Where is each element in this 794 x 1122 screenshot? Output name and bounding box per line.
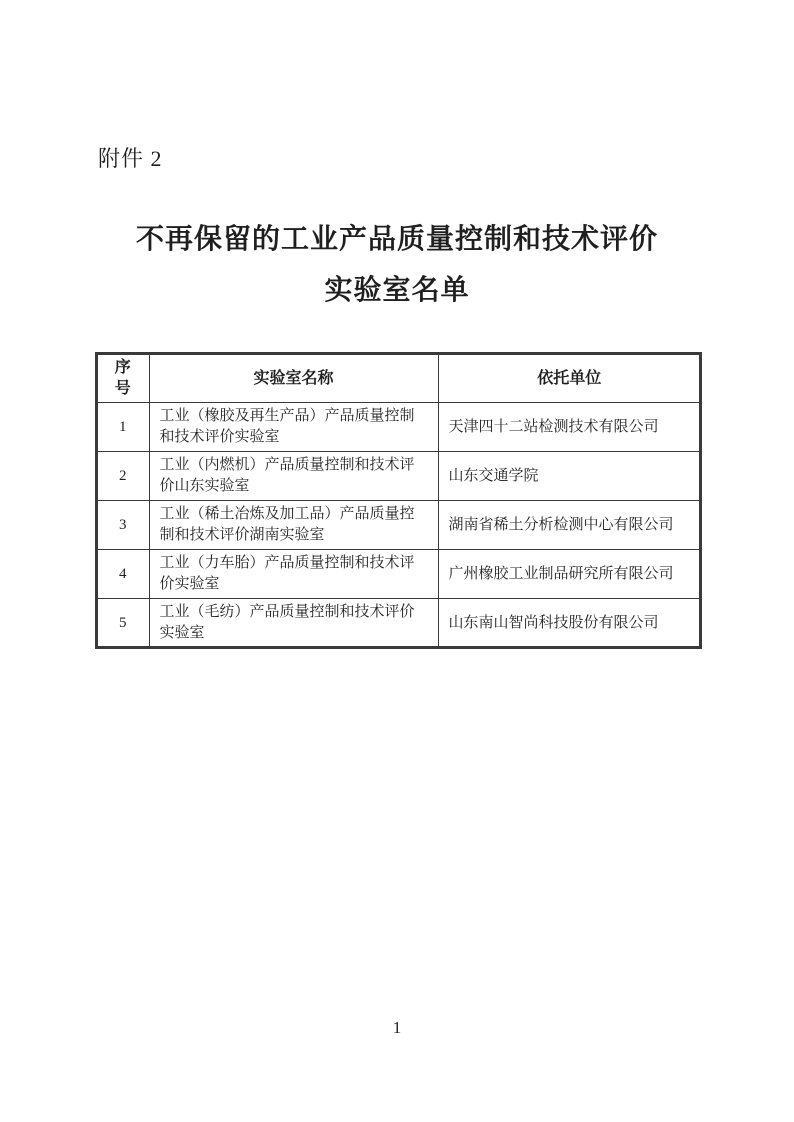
- lab-name: 工业（稀土冶炼及加工品）产品质量控制和技术评价湖南实验室: [149, 501, 438, 550]
- document-title-line1: 不再保留的工业产品质量控制和技术评价: [0, 214, 794, 265]
- lab-name: 工业（橡胶及再生产品）产品质量控制和技术评价实验室: [149, 403, 438, 452]
- table-row: 1 工业（橡胶及再生产品）产品质量控制和技术评价实验室 天津四十二站检测技术有限…: [96, 403, 701, 452]
- row-number: 1: [96, 403, 149, 452]
- document-title-line2: 实验室名单: [0, 265, 794, 316]
- org-name: 天津四十二站检测技术有限公司: [438, 403, 701, 452]
- row-number: 2: [96, 452, 149, 501]
- header-cell-lab-name: 实验室名称: [149, 353, 438, 403]
- document-page: 附件 2 不再保留的工业产品质量控制和技术评价 实验室名单 序号 实验室名称 依…: [0, 0, 794, 1122]
- row-number: 5: [96, 599, 149, 649]
- org-name: 广州橡胶工业制品研究所有限公司: [438, 550, 701, 599]
- table-row: 4 工业（力车胎）产品质量控制和技术评价实验室 广州橡胶工业制品研究所有限公司: [96, 550, 701, 599]
- org-name: 山东南山智尚科技股份有限公司: [438, 599, 701, 649]
- org-name: 山东交通学院: [438, 452, 701, 501]
- table-row: 2 工业（内燃机）产品质量控制和技术评价山东实验室 山东交通学院: [96, 452, 701, 501]
- laboratory-table: 序号 实验室名称 依托单位 1 工业（橡胶及再生产品）产品质量控制和技术评价实验…: [95, 352, 702, 649]
- header-cell-org: 依托单位: [438, 353, 701, 403]
- lab-name: 工业（力车胎）产品质量控制和技术评价实验室: [149, 550, 438, 599]
- header-cell-no: 序号: [96, 353, 149, 403]
- org-name: 湖南省稀土分析检测中心有限公司: [438, 501, 701, 550]
- table-row: 3 工业（稀土冶炼及加工品）产品质量控制和技术评价湖南实验室 湖南省稀土分析检测…: [96, 501, 701, 550]
- lab-name: 工业（内燃机）产品质量控制和技术评价山东实验室: [149, 452, 438, 501]
- row-number: 3: [96, 501, 149, 550]
- page-number: 1: [0, 1018, 794, 1038]
- row-number: 4: [96, 550, 149, 599]
- table-header-row: 序号 实验室名称 依托单位: [96, 353, 701, 403]
- attachment-label: 附件 2: [98, 142, 163, 173]
- lab-name: 工业（毛纺）产品质量控制和技术评价实验室: [149, 599, 438, 649]
- document-title: 不再保留的工业产品质量控制和技术评价 实验室名单: [0, 214, 794, 316]
- table-row: 5 工业（毛纺）产品质量控制和技术评价实验室 山东南山智尚科技股份有限公司: [96, 599, 701, 649]
